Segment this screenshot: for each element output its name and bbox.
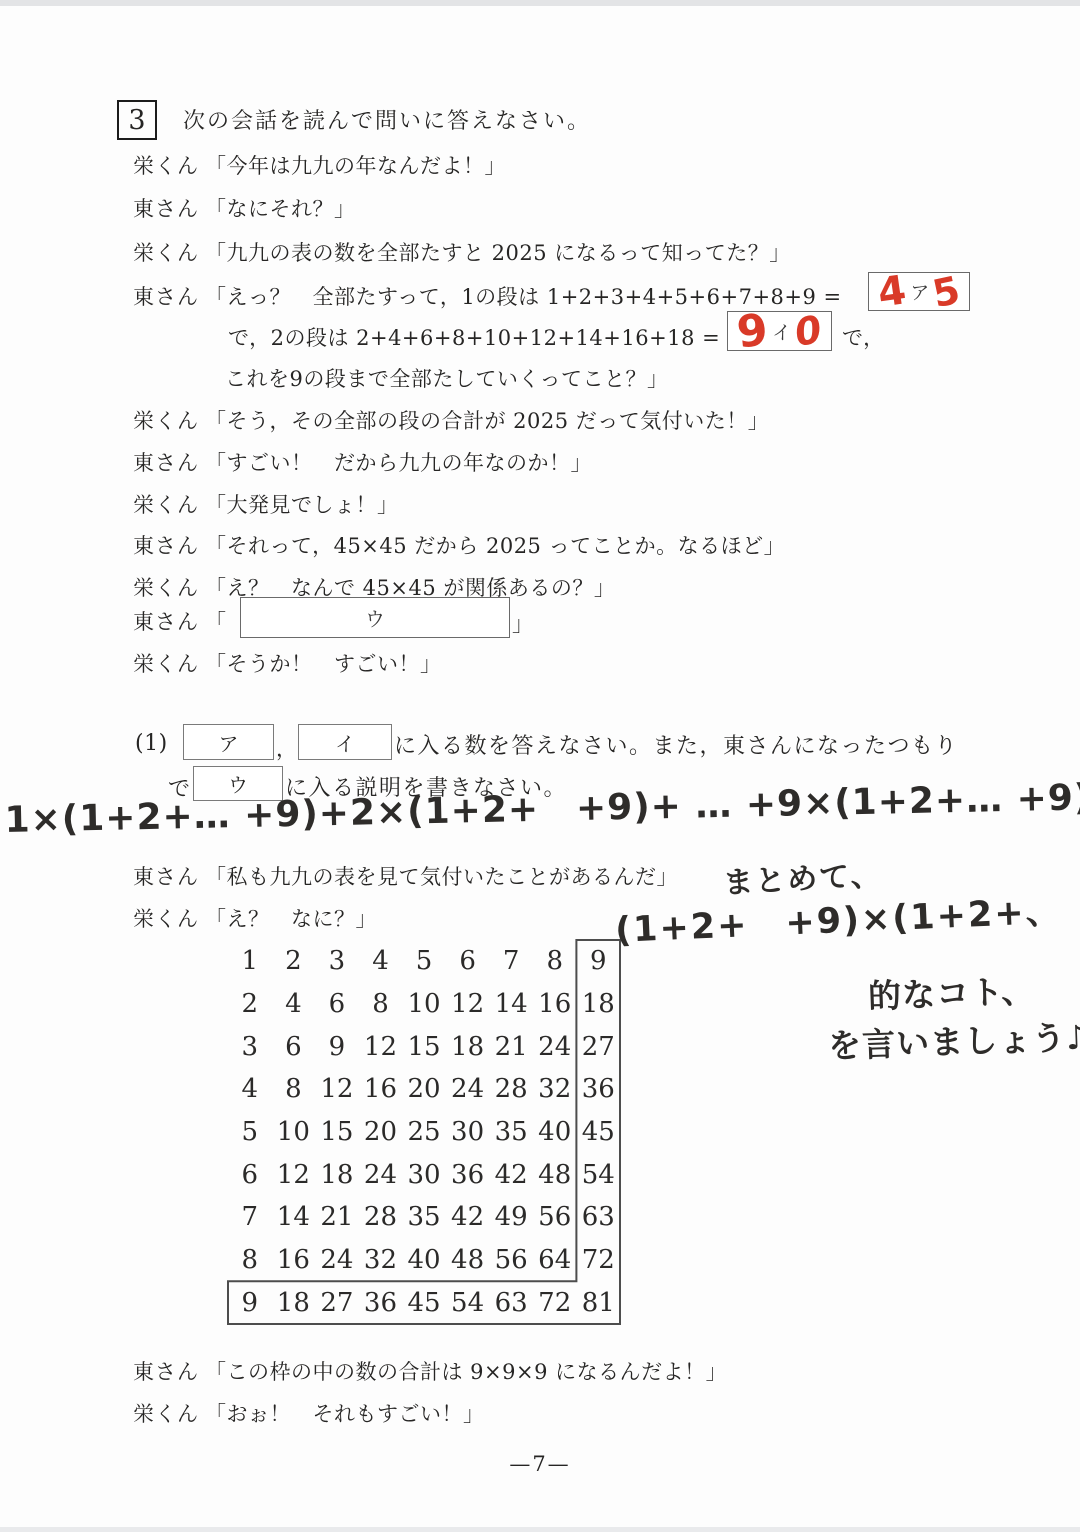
blank-label-a: ア xyxy=(219,728,239,757)
dialogue-text: 「おぉ！ それもすごい！」 xyxy=(205,1398,485,1428)
blank-label-i: イ xyxy=(772,318,791,345)
dialogue-line: 東さん 「私も九九の表を見て気付いたことがあるんだ」 xyxy=(133,861,678,891)
speaker-name: 栄くん xyxy=(133,648,205,678)
question-text-1: に入る数を答えなさい。また，東さんになったつもり xyxy=(394,729,958,760)
handwritten-answer-i-left: 9 xyxy=(735,304,771,358)
blank-box-i: イ xyxy=(298,724,392,760)
scanned-exam-page: { "header": { "question_number": "3", "i… xyxy=(0,0,1080,1532)
page-number: —7— xyxy=(0,1452,1080,1476)
highlight-frame xyxy=(226,938,622,1326)
dialogue-line: 栄くん 「そうか！ すごい！」 xyxy=(133,648,442,678)
handwritten-tekina-koto: 的なコト、 xyxy=(867,965,1036,1018)
speaker-name: 東さん xyxy=(133,861,205,891)
dialogue-text: 「すごい！ だから九九の年なのか！」 xyxy=(205,447,592,477)
close-quote: 」 xyxy=(512,608,534,638)
dialogue-line: 東さん 「なにそれ？」 xyxy=(133,193,356,223)
blank-box-a: ア xyxy=(183,724,274,760)
dialogue-line: 東さん 「この枠の中の数の合計は 9×9×9 になるんだよ！」 xyxy=(133,1356,727,1386)
dialogue-text: 「この枠の中の数の合計は 9×9×9 になるんだよ！」 xyxy=(205,1356,727,1386)
dialogue-text: 「え？ なに？」 xyxy=(205,903,377,933)
question-number-box: 3 xyxy=(117,100,157,140)
handwritten-answer-a-right: 5 xyxy=(929,267,964,316)
dialogue-text: 「それって，45×45 だから 2025 ってことか。なるほど」 xyxy=(205,530,785,560)
scan-edge-top xyxy=(0,0,1080,6)
speaker-name: 栄くん xyxy=(133,237,205,267)
dialogue-text: で，2の段は 2+4+6+8+10+12+14+16+18 = xyxy=(228,322,720,352)
speaker-name: 栄くん xyxy=(133,405,205,435)
dialogue-text: 「なにそれ？」 xyxy=(205,193,356,223)
handwritten-answer-i-right: 0 xyxy=(791,307,825,355)
dialogue-text: 「そう，その全部の段の合計が 2025 だって気付いた！」 xyxy=(205,405,769,435)
speaker-name: 栄くん xyxy=(133,489,205,519)
speaker-name: 栄くん xyxy=(133,150,205,180)
comma: ， xyxy=(276,733,298,763)
speaker-name: 東さん xyxy=(133,606,205,636)
dialogue-text: 「大発見でしょ！」 xyxy=(205,489,399,519)
dialogue-text: これを9の段まで全部たしていくってこと？」 xyxy=(225,363,668,393)
blank-label-u: ウ xyxy=(365,603,385,632)
dialogue-line: 栄くん 「大発見でしょ！」 xyxy=(133,489,399,519)
speaker-name: 東さん xyxy=(133,193,205,223)
dialogue-line: 東さん 「それって，45×45 だから 2025 ってことか。なるほど」 xyxy=(133,530,785,560)
dialogue-text-after-box: で， xyxy=(842,322,885,352)
subquestion-number: (1) xyxy=(135,731,168,756)
blank-label-a: ア xyxy=(910,278,929,305)
dialogue-line: 栄くん 「おぉ！ それもすごい！」 xyxy=(133,1398,485,1428)
dialogue-line: 東さん 「すごい！ だから九九の年なのか！」 xyxy=(133,447,592,477)
scan-edge-bottom xyxy=(0,1527,1080,1532)
open-quote: 「 xyxy=(205,606,227,636)
speaker-name: 東さん xyxy=(133,281,205,311)
blank-box-u-dialogue: ウ xyxy=(240,597,510,638)
dialogue-line: 栄くん 「今年は九九の年なんだよ！」 xyxy=(133,150,506,180)
dialogue-line: 東さん 「 xyxy=(133,606,227,636)
question-number: 3 xyxy=(128,105,145,136)
speaker-name: 東さん xyxy=(133,530,205,560)
speaker-name: 栄くん xyxy=(133,1398,205,1428)
dialogue-text: 「私も九九の表を見て気付いたことがあるんだ」 xyxy=(205,861,678,891)
instruction-text: 次の会話を読んで問いに答えなさい。 xyxy=(183,104,591,135)
dialogue-line: 栄くん 「そう，その全部の段の合計が 2025 だって気付いた！」 xyxy=(133,405,769,435)
blank-label-i: イ xyxy=(335,728,355,757)
dialogue-text: 「九九の表の数を全部たすと 2025 になるって知ってた？」 xyxy=(205,237,791,267)
dialogue-text: 「そうか！ すごい！」 xyxy=(205,648,442,678)
answer-box-i: 9 イ 0 xyxy=(727,311,832,351)
speaker-name: 栄くん xyxy=(133,572,205,602)
dialogue-line: 東さん 「えっ？ 全部たすって，1の段は 1+2+3+4+5+6+7+8+9 = xyxy=(133,281,842,311)
dialogue-line: 栄くん 「え？ なに？」 xyxy=(133,903,377,933)
speaker-name: 栄くん xyxy=(133,903,205,933)
dialogue-line: 栄くん 「九九の表の数を全部たすと 2025 になるって知ってた？」 xyxy=(133,237,791,267)
speaker-name: 東さん xyxy=(133,447,205,477)
handwritten-answer-a-left: 4 xyxy=(875,267,909,316)
dialogue-text: 「今年は九九の年なんだよ！」 xyxy=(205,150,506,180)
speaker-name: 東さん xyxy=(133,1356,205,1386)
answer-box-a: 4 ア 5 xyxy=(868,272,970,311)
handwritten-iimashou: を言いましょう♪ xyxy=(827,1011,1080,1067)
